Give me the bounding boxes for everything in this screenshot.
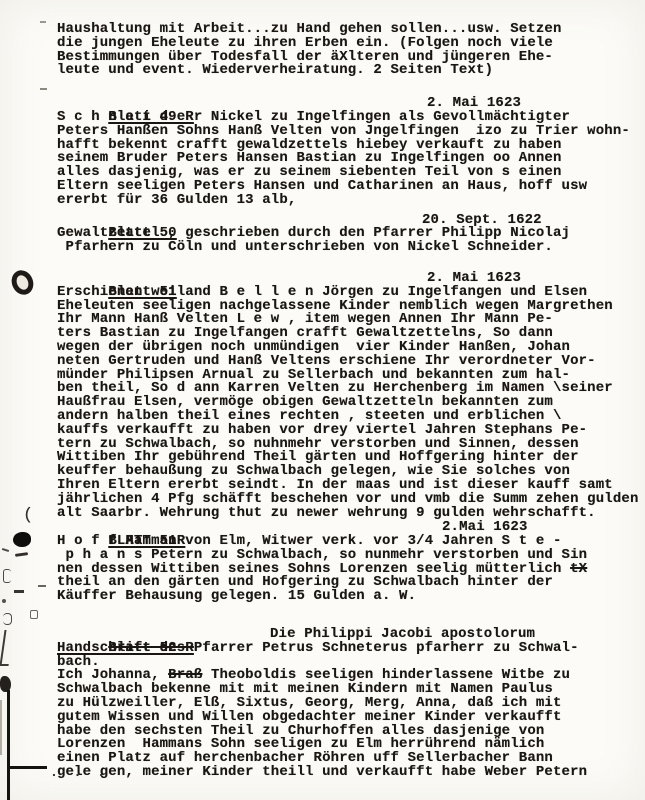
blatt-label-struck: Blatt 52 R <box>108 640 194 656</box>
section-blatt-52r: Blatt 52 R Die Philippi Jacobi apostolor… <box>57 628 645 780</box>
text-line: Käuffer Behausung gelegen. 15 Gulden a. … <box>57 590 645 604</box>
struck-text: tX <box>570 561 587 577</box>
handwriting-scribble <box>2 548 9 552</box>
handwriting-scribble <box>30 610 38 619</box>
text-line: leute und event. Wiederverheiratung. 2 S… <box>57 64 645 78</box>
handwriting-scribble <box>2 599 6 603</box>
handwriting-scribble <box>3 613 12 625</box>
blatt-label: Blatt 50 <box>108 225 176 241</box>
pen-crossbar-stroke <box>7 766 47 769</box>
handwriting-scribble <box>14 590 24 593</box>
margin-paren-mark: ( <box>23 509 33 523</box>
record-date: 2. Mai 1623 <box>427 272 521 286</box>
section-blatt-49r: Blatt 49 R 2. Mai 1623 S c h n e i d e r… <box>57 97 645 207</box>
section-header: Blatt 49 R 2. Mai 1623 <box>57 97 645 111</box>
handwriting-scribble <box>38 585 46 587</box>
record-date: 2.Mai 1623 <box>442 521 528 535</box>
section-blatt-50: Blatt 50 20. Sept. 1622 Gewaltzettel , g… <box>57 214 645 255</box>
section-blatt-51: Blatt 51 2. Mai 1623 Erschienen weiland … <box>57 272 645 520</box>
section-header: Blatt 52 R Die Philippi Jacobi apostolor… <box>57 628 645 642</box>
blatt-label: BLATT 51R <box>108 533 185 549</box>
ink-dots: . . . <box>50 766 109 780</box>
smudge-mark <box>40 88 47 90</box>
text-line: ererbt für 36 Gulden 13 alb, <box>57 194 645 208</box>
ink-blot-ring-icon <box>8 267 37 298</box>
section-blatt-51r: BLATT 51R 2.Mai 1623 H o f f Hamman von … <box>57 521 645 604</box>
section-header: Blatt 51 2. Mai 1623 <box>57 272 645 286</box>
handwriting-scribble <box>3 569 11 583</box>
header-right-text: Die Philippi Jacobi apostolorum <box>270 628 535 642</box>
ink-blot-solid-icon <box>13 532 31 547</box>
text-line: Pfarhern zu Cöln und unterschrieben von … <box>57 241 645 255</box>
smudge-mark <box>40 21 46 23</box>
margin-dash <box>15 552 28 556</box>
text-segment: des Pfarrer Petrus Schneterus pfarherr z… <box>151 640 579 656</box>
section-header: Blatt 50 20. Sept. 1622 <box>57 214 645 228</box>
document-page: Haushaltung mit Arbeit...zu Hand gehen s… <box>0 0 645 800</box>
intro-paragraph: Haushaltung mit Arbeit...zu Hand gehen s… <box>57 23 645 78</box>
handwriting-scribble <box>0 630 14 666</box>
record-date: 2. Mai 1623 <box>427 97 521 111</box>
blatt-label: Blatt 49 R <box>108 109 194 125</box>
pen-vertical-stroke <box>7 690 10 800</box>
text-line: alt Saarbr. Wehrung thut zu newer wehrun… <box>57 507 645 521</box>
scan-edge-mark <box>0 700 2 755</box>
section-header: BLATT 51R 2.Mai 1623 <box>57 521 645 535</box>
record-date: 20. Sept. 1622 <box>422 214 542 228</box>
text-line: gele gen, meiner Kinder theill und verka… <box>57 766 645 780</box>
blatt-label: Blatt 51 <box>108 284 176 300</box>
